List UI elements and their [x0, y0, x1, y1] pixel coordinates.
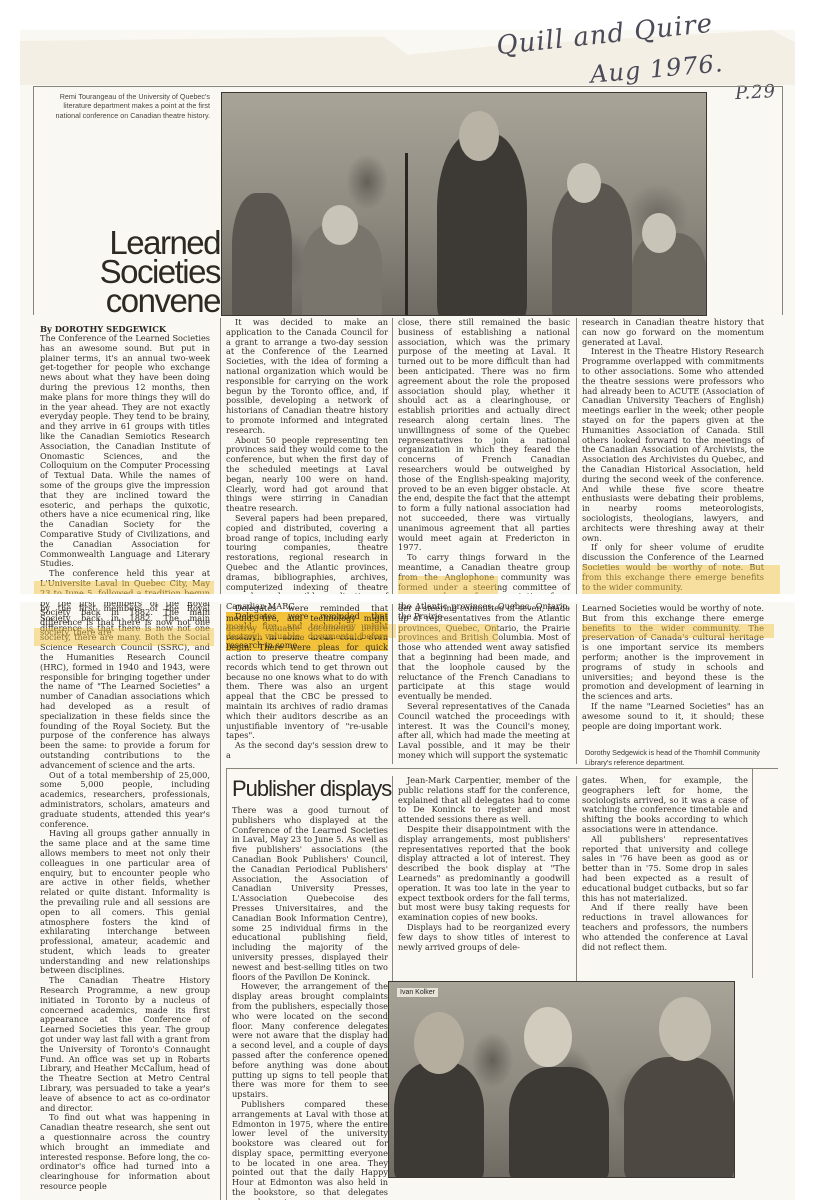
- paragraph: Despite their disappointment with the di…: [398, 825, 570, 923]
- paragraph: close, there still remained the basic bu…: [398, 318, 570, 553]
- paragraph: gates. When, for example, the geographer…: [582, 776, 748, 835]
- highlight-mark: [34, 581, 214, 595]
- paragraph: However, the arrangement of the display …: [232, 982, 388, 1100]
- paragraph: der a steering committee of seven, made …: [398, 604, 570, 702]
- display-sign: Ivan Kolker: [397, 988, 438, 997]
- paragraph: The Conference of the Learned Societies …: [40, 334, 210, 569]
- paragraph: All publishers' representatives reported…: [582, 835, 748, 904]
- microphone-stand: [405, 153, 408, 316]
- highlight-mark: [398, 576, 498, 594]
- column-divider: [576, 604, 577, 764]
- paragraph: To find out what was happening in Canadi…: [40, 1113, 210, 1191]
- sidebar-column-1: There was a good turnout of publishers w…: [232, 806, 388, 1200]
- paste-seam: [20, 594, 795, 602]
- author-credit: Dorothy Sedgewick is head of the Thornhi…: [585, 748, 780, 767]
- column-divider: [392, 318, 393, 594]
- paragraph: Interest in the Theatre History Research…: [582, 347, 764, 543]
- paragraph: Displays had to be reorganized every few…: [398, 923, 570, 952]
- highlight-mark: [226, 624, 396, 638]
- paragraph: Several representatives of the Canada Co…: [398, 702, 570, 761]
- column-divider: [576, 318, 577, 594]
- column-4-top: research in Canadian theatre history tha…: [582, 318, 764, 592]
- paragraph: research in Canadian theatre history tha…: [582, 318, 764, 347]
- highlight-mark: [398, 624, 498, 642]
- highlight-mark: [582, 624, 774, 638]
- paragraph: It was decided to make an application to…: [226, 318, 388, 436]
- paragraph: As the second day's session drew to a: [226, 741, 388, 761]
- column-1-bottom: by the first members of the Royal Societ…: [40, 604, 210, 1200]
- column-divider: [220, 318, 221, 594]
- paragraph: There was a good turnout of publishers w…: [232, 806, 388, 982]
- paragraph: The Canadian Theatre History Research Pr…: [40, 976, 210, 1113]
- column-divider: [220, 604, 221, 1200]
- column-divider: [392, 776, 393, 981]
- publishers-photo: Ivan Kolker: [388, 981, 735, 1178]
- sidebar-column-3: gates. When, for example, the geographer…: [582, 776, 748, 952]
- headline: Learned Societies convene: [80, 228, 220, 315]
- sidebar-border-left: [226, 768, 227, 1200]
- paragraph: If the name "Learned Societies" has an a…: [582, 702, 764, 731]
- sidebar-border-top: [226, 768, 778, 769]
- conference-photo: [221, 92, 707, 316]
- paragraph: Publishers compared these arrangements a…: [232, 1100, 388, 1200]
- paragraph: Out of a total membership of 25,000, som…: [40, 771, 210, 830]
- highlight-mark: [34, 628, 214, 646]
- photo-caption: Remi Tourangeau of the University of Que…: [40, 92, 210, 120]
- paragraph: Having all groups gather annually in the…: [40, 829, 210, 976]
- paragraph: And if there really have been reductions…: [582, 903, 748, 952]
- paragraph: About 50 people representing ten provinc…: [226, 436, 388, 514]
- sidebar-headline: Publisher displays: [232, 776, 391, 802]
- sidebar-column-2: Jean-Mark Carpentier, member of the publ…: [398, 776, 570, 952]
- column-divider: [576, 776, 577, 981]
- paragraph: Jean-Mark Carpentier, member of the publ…: [398, 776, 570, 825]
- paragraph: Learned Societies would be worthy of not…: [582, 604, 764, 702]
- column-divider: [392, 604, 393, 764]
- highlight-mark: [582, 565, 780, 594]
- sidebar-border-right: [752, 768, 753, 978]
